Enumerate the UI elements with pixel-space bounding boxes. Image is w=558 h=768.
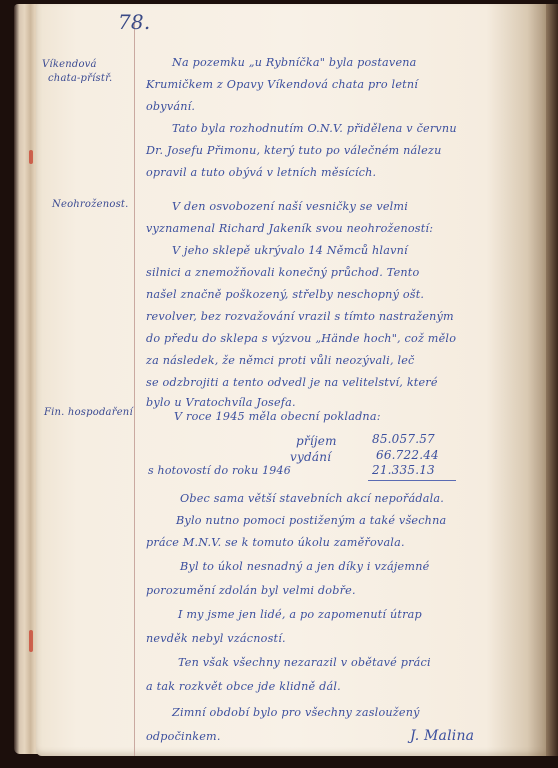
total-underline (368, 480, 456, 481)
text-line: silnici a znemožňovali konečný průchod. … (146, 266, 419, 279)
text-line: bylo u Vratochvíla Josefa. (146, 396, 296, 409)
text-line: opravil a tuto obývá v letních měsících. (146, 166, 376, 179)
text-line: V jeho sklepě ukrývalo 14 Němců hlavní (172, 244, 408, 257)
margin-note-financial-management: Fin. hospodaření (44, 406, 133, 420)
page-number: 78. (118, 10, 150, 34)
text-line: I my jsme jen lidé, a po zapomenutí útra… (178, 608, 422, 621)
text-line: Dr. Josefu Přimonu, který tuto po válečn… (146, 144, 441, 157)
text-line: Krumičkem z Opavy Víkendová chata pro le… (146, 78, 418, 91)
text-line: se odzbrojiti a tento odvedl je na velit… (146, 376, 438, 389)
text-line: V den osvobození naší vesničky se velmi (172, 200, 408, 213)
signature: J. Malina (410, 728, 474, 744)
finance-row-value: 21.335.13 (372, 463, 435, 477)
text-line: Zimní období bylo pro všechny zasloužený (172, 706, 420, 719)
text-line: Tato byla rozhodnutím O.N.V. přidělena v… (172, 122, 457, 135)
edge-stain (29, 630, 33, 652)
margin-note-weekend-cottage: Víkendová chata-přístř. (42, 58, 112, 86)
text-line: Obec sama větší stavebních akcí nepořáda… (180, 492, 444, 505)
text-line: obyvání. (146, 100, 195, 113)
margin-note-line: chata-přístř. (42, 72, 112, 86)
text-line: a tak rozkvět obce jde klidně dál. (146, 680, 341, 693)
text-line: Ten však všechny nezarazil v obětavé prá… (178, 656, 431, 669)
finance-row-label: s hotovostí do roku 1946 (148, 464, 291, 477)
text-line: práce M.N.V. se k tomuto úkolu zaměřoval… (146, 536, 405, 549)
finance-row-label: příjem (296, 434, 337, 448)
text-line: za následek, že němci proti vůli neozýva… (146, 354, 415, 367)
finance-row-value: 85.057.57 (372, 432, 435, 446)
margin-note-line: Víkendová (42, 58, 112, 72)
text-line: Byl to úkol nesnadný a jen díky i vzájem… (180, 560, 429, 573)
text-line: Na pozemku „u Rybníčka" byla postavena (172, 56, 417, 69)
margin-note-recklessness: Neohroženost. (52, 198, 129, 212)
text-line: revolver, bez rozvažování vrazil s tímto… (146, 310, 454, 323)
edge-stain (29, 150, 33, 164)
text-line: odpočinkem. (146, 730, 221, 743)
finance-intro: V roce 1945 měla obecní pokladna: (174, 410, 381, 423)
text-line: porozumění zdolán byl velmi dobře. (146, 584, 356, 597)
text-line: Bylo nutno pomoci postiženým a také všec… (176, 514, 446, 527)
text-line: našel značně poškozený, střelby neschopn… (146, 288, 424, 301)
finance-row-value: 66.722.44 (376, 448, 439, 462)
text-line: nevděk nebyl vzácností. (146, 632, 286, 645)
page-gutter-shadow (546, 4, 558, 756)
finance-row-label: vydání (290, 450, 331, 464)
margin-rule (134, 20, 135, 756)
text-line: vyznamenal Richard Jakeník svou neohrože… (146, 222, 433, 235)
text-line: do předu do sklepa s výzvou „Hände hoch"… (146, 332, 456, 345)
